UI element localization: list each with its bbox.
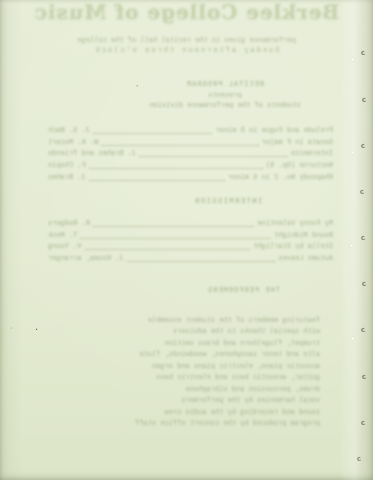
piece-title: Nocturne (Op. 9) — [266, 162, 333, 170]
composer-name: T. Monk — [48, 232, 77, 240]
roster-line: program produced by the concert office s… — [68, 419, 320, 430]
roster-line: drums, percussion and vibraphone — [68, 385, 320, 396]
program-row: Rhapsody No. 2 in G minorJ. Brahms — [48, 174, 333, 181]
bleed-through-layer: Berklee College of Music performance giv… — [0, 0, 373, 480]
section-heading: THE PERFORMERS — [114, 287, 373, 295]
piece-title: Intermezzo — [291, 150, 333, 158]
roster-line: acoustic piano, electric piano and organ — [68, 362, 320, 373]
scanned-program-page: Berklee College of Music performance giv… — [0, 0, 373, 480]
roster-line: featuring members of the student ensembl… — [68, 316, 320, 327]
program-list-1: Prelude and Fugue in D minorJ. S. Bach S… — [48, 128, 333, 186]
program-row: Autumn LeavesJ. Kosma, arranger — [48, 256, 333, 263]
dotted-leader — [80, 238, 271, 239]
piece-title: Stella by Starlight — [253, 243, 333, 251]
program-row: My Funny ValentineR. Rodgers — [48, 221, 333, 228]
composer-name: W. A. Mozart — [48, 139, 98, 147]
recital-byline: students of the performance division — [77, 102, 373, 110]
composer-name: J. Brahms and friends — [48, 150, 136, 158]
composer-name: V. Young — [48, 243, 82, 251]
subline-1: performance given in the recital hall of… — [0, 37, 373, 45]
dotted-leader — [93, 226, 254, 227]
dotted-leader — [93, 133, 212, 134]
recital-presents-line: presents — [77, 92, 373, 100]
program-row: IntermezzoJ. Brahms and friends — [48, 151, 333, 158]
dotted-leader — [85, 249, 251, 250]
subline-2: Sunday afternoon three o'clock — [0, 47, 373, 55]
piece-title: Sonata in F major — [262, 139, 333, 147]
roster-line: alto and tenor saxophones, woodwinds, fl… — [68, 350, 320, 361]
program-row: Round MidnightT. Monk — [48, 233, 333, 240]
program-row: Sonata in F majorW. A. Mozart — [48, 140, 333, 147]
piece-title: Prelude and Fugue in D minor — [215, 127, 333, 135]
program-list-2: My Funny ValentineR. Rodgers Round Midni… — [48, 221, 333, 267]
dotted-leader — [89, 168, 263, 169]
piece-title: Round Midnight — [274, 232, 333, 240]
composer-name: J. S. Bach — [48, 127, 90, 135]
composer-name: J. Kosma, arranger — [48, 255, 124, 263]
intermission-label: INTERMISSION — [83, 198, 373, 206]
program-row: Prelude and Fugue in D minorJ. S. Bach — [48, 128, 333, 135]
roster-line: sound and recording by the audio crew — [68, 408, 320, 419]
roster-line: with special thanks to the advisors — [68, 327, 320, 338]
roster-line: guitar, acoustic bass and electric bass — [68, 373, 320, 384]
program-row: Stella by StarlightV. Young — [48, 244, 333, 251]
composer-name: F. Chopin — [48, 162, 86, 170]
composer-name: R. Rodgers — [48, 220, 90, 228]
piece-title: My Funny Valentine — [257, 220, 333, 228]
roster-line: vocal harmonies by the performers — [68, 396, 320, 407]
roster-line: trumpet, flugelhorn and brass section — [68, 339, 320, 350]
masthead-bleed-text: Berklee College of Music — [0, 0, 373, 24]
recital-title-line: RECITAL PROGRAM — [77, 81, 373, 89]
piece-title: Rhapsody No. 2 in G minor — [228, 174, 333, 182]
program-row: Nocturne (Op. 9)F. Chopin — [48, 163, 333, 170]
dotted-leader — [101, 145, 258, 146]
composer-name: J. Brahms — [48, 174, 86, 182]
dotted-leader — [139, 156, 288, 157]
dotted-leader — [127, 261, 276, 262]
roster-block: featuring members of the student ensembl… — [68, 316, 320, 431]
dotted-leader — [89, 180, 225, 181]
piece-title: Autumn Leaves — [278, 255, 333, 263]
